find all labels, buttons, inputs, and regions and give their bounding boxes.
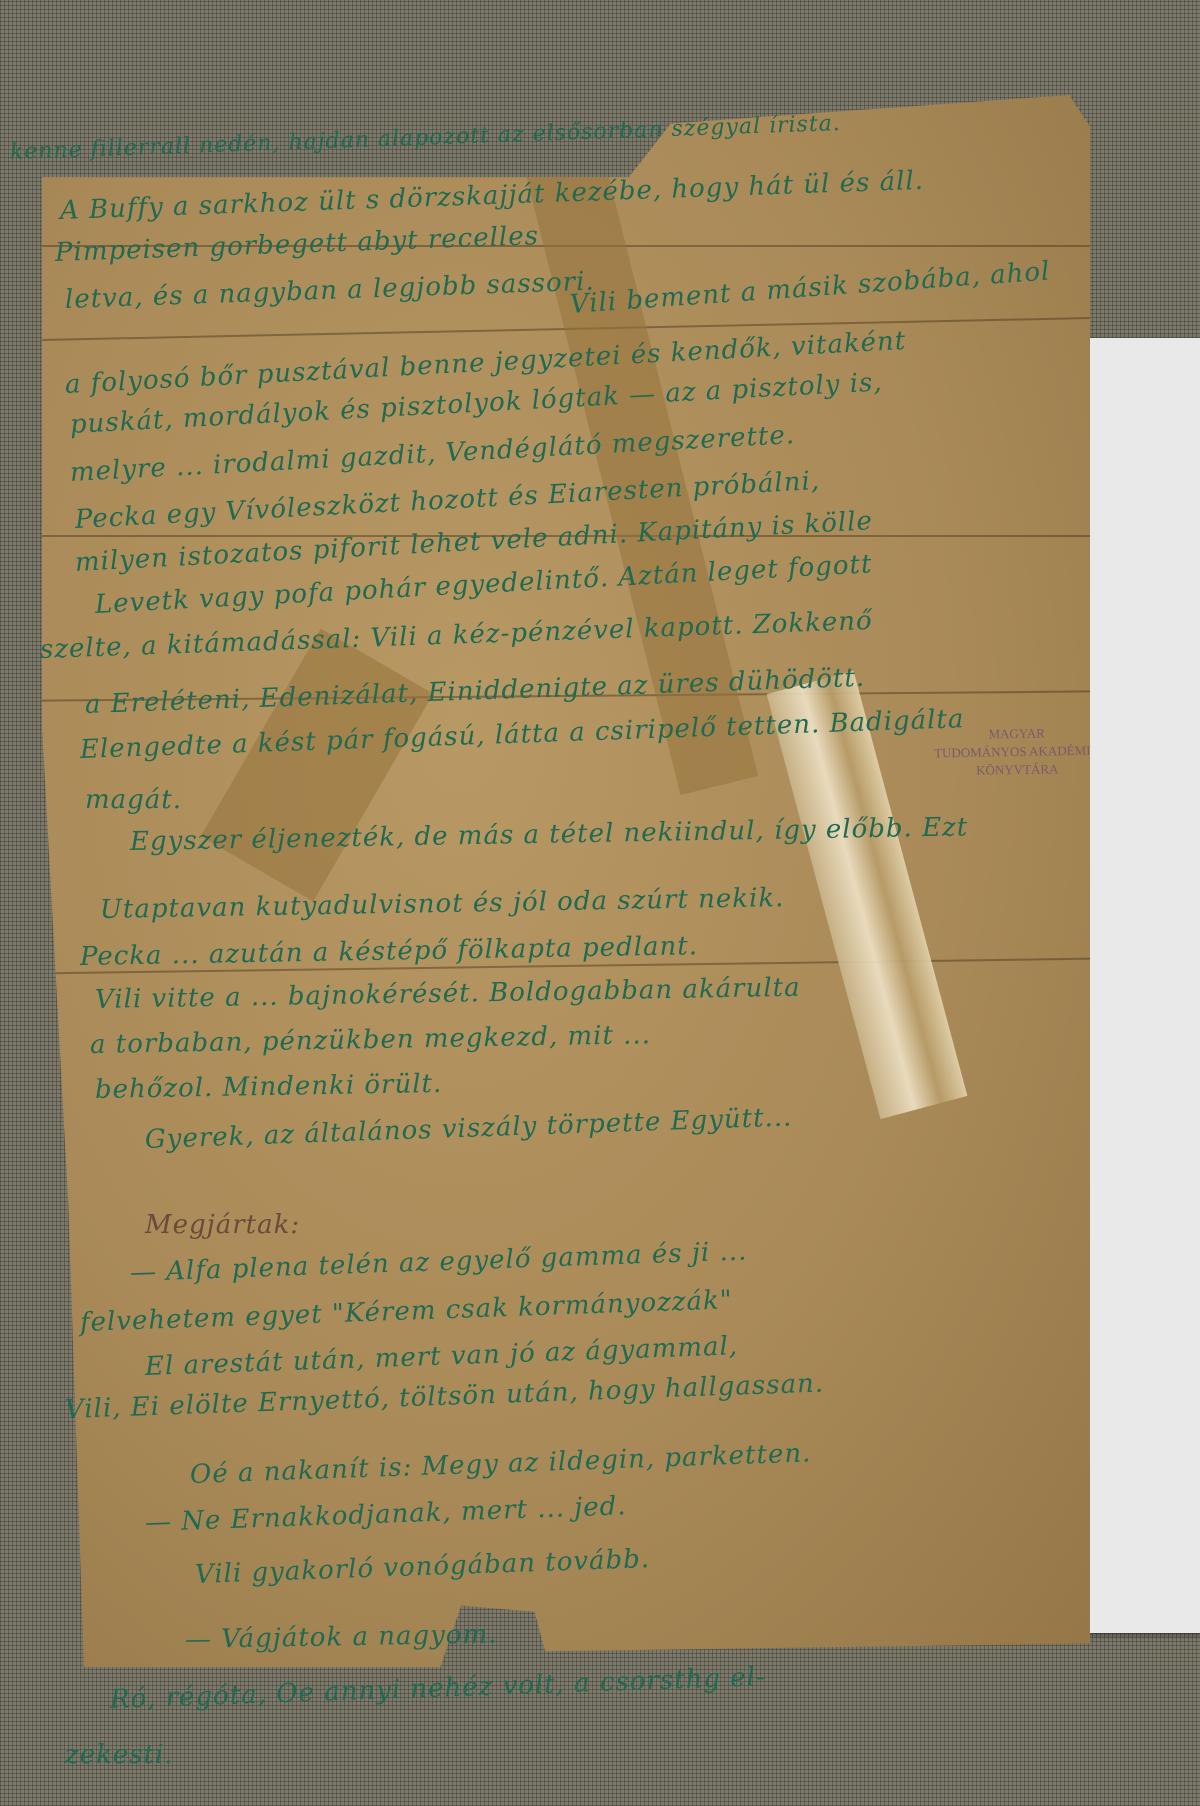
handwritten-line: magát. bbox=[85, 785, 182, 815]
handwritten-line: — Vágjátok a nagyom. bbox=[185, 1620, 498, 1655]
stamp-line: TUDOMÁNYOS AKADÉMIA bbox=[922, 741, 1112, 762]
manuscript-sheet: MAGYAR TUDOMÁNYOS AKADÉMIA KÖNYVTÁRA bbox=[42, 95, 1090, 1675]
handwritten-line: zekesti. bbox=[65, 1740, 174, 1770]
stamp-line: KÖNYVTÁRA bbox=[922, 759, 1112, 780]
handwritten-line: Ró, régóta, Oe annyi nehéz volt, a csors… bbox=[109, 1662, 766, 1715]
tape-strip bbox=[201, 629, 434, 902]
handwritten-line: behőzol. Mindenki örült. bbox=[95, 1069, 443, 1105]
white-card-background bbox=[1085, 338, 1200, 1633]
pencil-line: Megjártak: bbox=[145, 1210, 300, 1240]
